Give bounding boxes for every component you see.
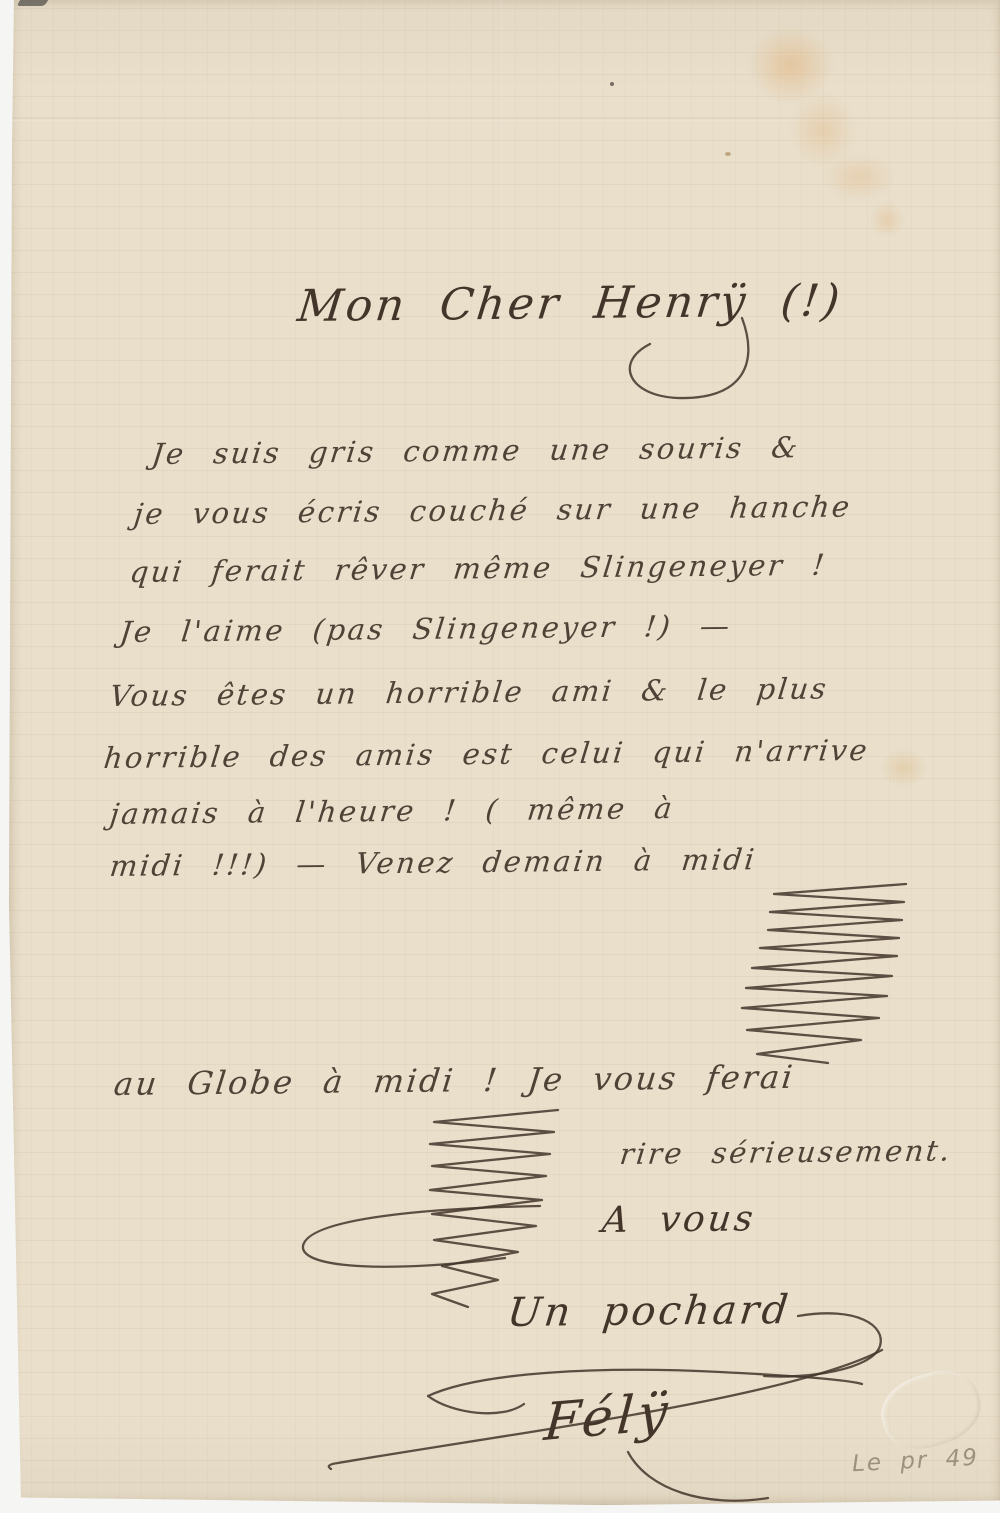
stain-top-right <box>727 18 927 233</box>
closing-line: A vous <box>600 1198 758 1241</box>
signoff-line: Un pochard <box>505 1287 793 1336</box>
paper-edge-notch <box>17 0 50 6</box>
body2-line-2: rire sérieusement. <box>618 1135 954 1172</box>
body-line-4: Je l'aime (pas Slingeneyer !) — <box>118 610 733 650</box>
body-line-8: midi !!!) — Venez demain à midi <box>108 843 758 883</box>
body-line-1: Je suis gris comme une souris & <box>150 431 802 471</box>
salutation-line: Mon Cher Henrÿ (!) <box>295 276 845 332</box>
signature: Félÿ <box>542 1383 674 1454</box>
body2-line-1: au Globe à midi ! Je vous ferai <box>112 1059 797 1103</box>
body-line-7: jamais à l'heure ! ( même à <box>108 792 676 831</box>
ink-speck <box>725 152 731 156</box>
ink-speck <box>610 82 614 86</box>
stain-small <box>881 748 927 788</box>
